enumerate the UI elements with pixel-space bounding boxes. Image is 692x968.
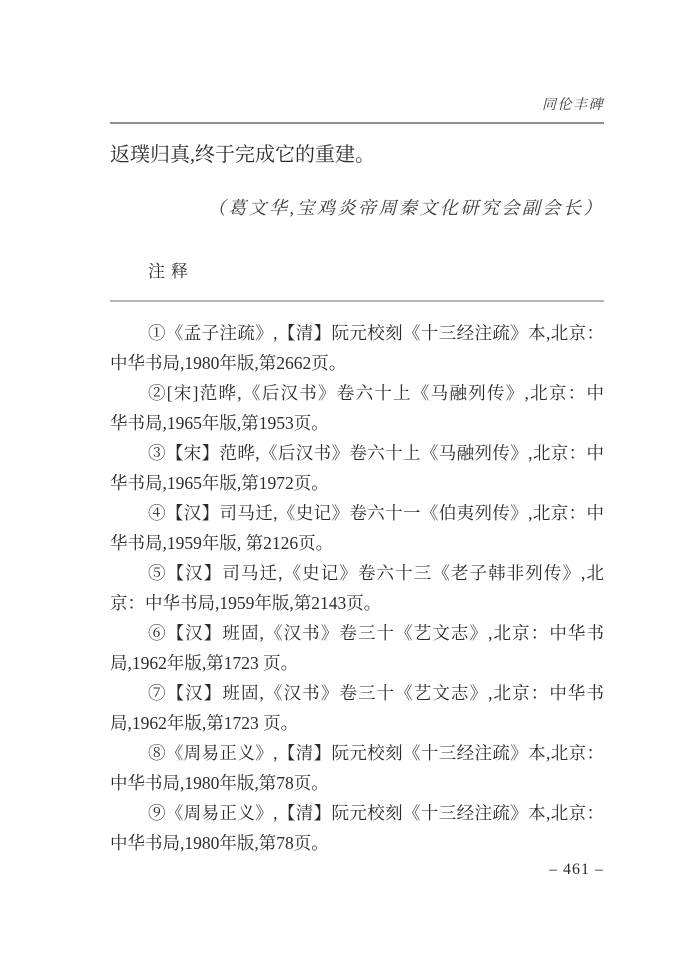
note-item-2: ②[宋]范晔,《后汉书》卷六十上《马融列传》,北京：中 华书局,1965年版,第… xyxy=(110,378,604,438)
note-line: 中华书局,1980年版,第78页。 xyxy=(110,828,604,858)
note-item-9: ⑨《周易正义》,【清】阮元校刻《十三经注疏》本,北京： 中华书局,1980年版,… xyxy=(110,798,604,858)
note-line: ⑨《周易正义》,【清】阮元校刻《十三经注疏》本,北京： xyxy=(110,798,604,828)
body-paragraph: 返璞归真,终于完成它的重建。 xyxy=(110,140,604,170)
note-line: ④【汉】司马迁,《史记》卷六十一《伯夷列传》,北京：中 xyxy=(110,498,604,528)
note-line: 京：中华书局,1959年版,第2143页。 xyxy=(110,588,604,618)
note-line: ⑦【汉】班固,《汉书》卷三十《艺文志》,北京：中华书 xyxy=(110,678,604,708)
note-line: 华书局,1965年版,第1972页。 xyxy=(110,468,604,498)
note-line: ⑥【汉】班固,《汉书》卷三十《艺文志》,北京：中华书 xyxy=(110,618,604,648)
note-item-5: ⑤【汉】司马迁,《史记》卷六十三《老子韩非列传》,北 京：中华书局,1959年版… xyxy=(110,558,604,618)
note-line: 华书局,1959年版, 第2126页。 xyxy=(110,528,604,558)
note-line: 中华书局,1980年版,第78页。 xyxy=(110,768,604,798)
note-item-4: ④【汉】司马迁,《史记》卷六十一《伯夷列传》,北京：中 华书局,1959年版, … xyxy=(110,498,604,558)
note-item-1: ①《孟子注疏》,【清】阮元校刻《十三经注疏》本,北京： 中华书局,1980年版,… xyxy=(110,318,604,378)
header-rule xyxy=(110,122,604,124)
attribution-line: （葛文华,宝鸡炎帝周秦文化研究会副会长） xyxy=(110,194,604,222)
note-line: 华书局,1965年版,第1953页。 xyxy=(110,408,604,438)
note-line: 局,1962年版,第1723 页。 xyxy=(110,648,604,678)
note-item-7: ⑦【汉】班固,《汉书》卷三十《艺文志》,北京：中华书 局,1962年版,第172… xyxy=(110,678,604,738)
note-item-8: ⑧《周易正义》,【清】阮元校刻《十三经注疏》本,北京： 中华书局,1980年版,… xyxy=(110,738,604,798)
note-line: ③【宋】范晔,《后汉书》卷六十上《马融列传》,北京：中 xyxy=(110,438,604,468)
note-line: ⑧《周易正义》,【清】阮元校刻《十三经注疏》本,北京： xyxy=(110,738,604,768)
note-line: ⑤【汉】司马迁,《史记》卷六十三《老子韩非列传》,北 xyxy=(110,558,604,588)
note-line: 局,1962年版,第1723 页。 xyxy=(110,708,604,738)
note-item-6: ⑥【汉】班固,《汉书》卷三十《艺文志》,北京：中华书 局,1962年版,第172… xyxy=(110,618,604,678)
note-line: 中华书局,1980年版,第2662页。 xyxy=(110,348,604,378)
note-line: ①《孟子注疏》,【清】阮元校刻《十三经注疏》本,北京： xyxy=(110,318,604,348)
notes-list: ①《孟子注疏》,【清】阮元校刻《十三经注疏》本,北京： 中华书局,1980年版,… xyxy=(110,318,604,858)
notes-rule xyxy=(110,300,604,302)
note-item-3: ③【宋】范晔,《后汉书》卷六十上《马融列传》,北京：中 华书局,1965年版,第… xyxy=(110,438,604,498)
book-page: 同伦丰碑 返璞归真,终于完成它的重建。 （葛文华,宝鸡炎帝周秦文化研究会副会长）… xyxy=(0,0,692,968)
notes-section-title: 注释 xyxy=(148,258,194,286)
note-line: ②[宋]范晔,《后汉书》卷六十上《马融列传》,北京：中 xyxy=(110,378,604,408)
page-number: – 461 – xyxy=(110,860,604,880)
running-header: 同伦丰碑 xyxy=(110,97,604,115)
